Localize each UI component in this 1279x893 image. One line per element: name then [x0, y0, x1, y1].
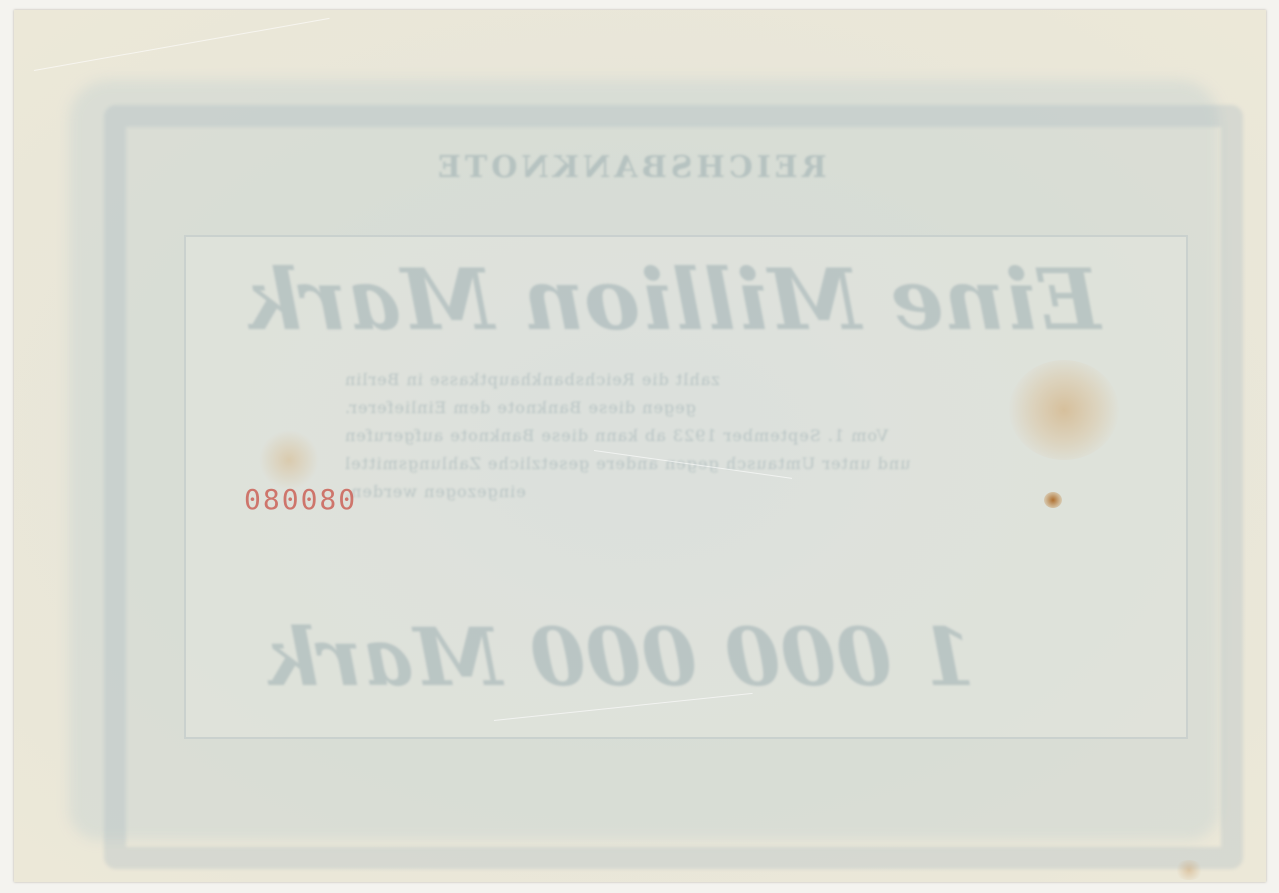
mirrored-body-line: gegen diese Banknote dem Einlieferer.	[344, 398, 696, 417]
mirrored-amount-text: 1 000 000 Mark	[264, 610, 975, 704]
mirrored-header-text: REICHSBANKNOTE	[434, 150, 827, 185]
foxing-stain	[259, 430, 319, 490]
rust-spot	[1044, 492, 1062, 508]
foxing-stain	[1174, 860, 1204, 880]
banknote-reverse: REICHSBANKNOTE Eine Million Mark zahlt d…	[14, 10, 1266, 882]
foxing-stain	[1009, 360, 1119, 460]
mirrored-body-line: eingezogen werden.	[344, 482, 526, 501]
mirrored-body-line: und unter Umtausch gegen andere gesetzli…	[344, 454, 910, 473]
mirrored-title-text: Eine Million Mark	[244, 250, 1101, 349]
mirrored-body-line: zahlt die Reichsbankhauptkasse in Berlin	[344, 370, 720, 389]
mirrored-body-line: Vom 1. September 1923 ab kann diese Bank…	[344, 426, 888, 445]
paper-crease	[34, 18, 330, 71]
